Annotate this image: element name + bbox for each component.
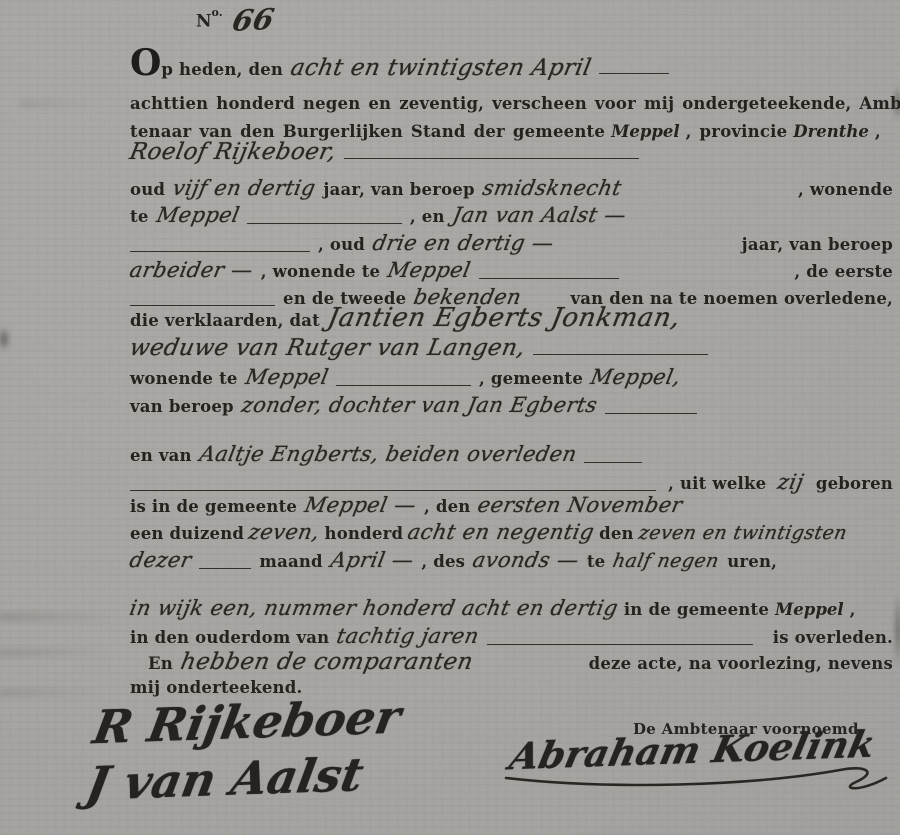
printed-text: , wonende [798,178,893,202]
handwritten-death-day: zeven en twintigsten [636,521,849,545]
printed-text: En [148,652,173,676]
blank-rule [584,462,642,463]
printed-text: , [850,598,856,622]
handwritten-time-of-day: avonds — [471,548,581,572]
printed-text: te [130,205,149,229]
printed-text: achttien honderd negen en zeventig, vers… [130,92,900,116]
handwritten-age-at-death: tachtig jaren [335,624,481,648]
handwritten-residence: Meppel [243,365,330,389]
handwritten-birthplace: Meppel — [303,493,419,517]
handwritten-occupation: arbeider — [128,258,255,282]
blank-rule [336,385,471,386]
handwritten-birthdate: eersten November [476,493,685,517]
bleedthrough-smudge [0,326,11,352]
bleedthrough-smudge [0,612,120,622]
printed-text: die verklaarden, dat [130,309,320,333]
record-number: No. 66 [196,10,273,32]
printed-text: een duizend [130,522,244,546]
line-deathmonth-time: dezer maand April — , des avonds — te ha… [130,548,893,574]
record-number-value: 66 [230,9,275,31]
handwritten-mother: Aaltje Engberts, beiden overleden [197,442,578,466]
printed-text: in de gemeente [624,598,769,622]
line-declarant2-age: , oud drie en dertig — jaar, van beroep [130,231,893,257]
printed-text: , des [421,550,465,574]
handwritten-hour: half negen [611,549,722,573]
printed-text: jaar, van beroep [323,178,474,202]
death-record-page: No. 66 Op heden, den acht en twintigsten… [0,0,900,835]
handwritten-year-part: acht en negentig [406,520,597,544]
bleedthrough-smudge [894,594,900,666]
handwritten-residence: Meppel [154,203,241,227]
printed-text: en van [130,444,192,468]
printed-text: , wonende te [261,260,381,284]
line-deceased-name: die verklaarden, dat Jantien Egberts Jon… [130,306,893,333]
handwritten-address: in wijk een, nummer honderd acht en dert… [128,596,621,620]
handwritten-spouse: weduwe van Rutger van Langen, [128,336,528,360]
printed-text: te [587,550,606,574]
witness-signature-1: R Rijkeboer [89,690,405,755]
official-signature: Abraham Koelink [506,722,880,779]
handwritten-entry-date: acht en twintigsten April [289,56,594,80]
line-deceased-occupation-father: van beroep zonder, dochter van Jan Egber… [130,393,893,419]
handwritten-pronoun: zij [776,470,806,494]
printed-text: den [599,522,634,546]
printed-text: is overleden. [773,626,893,650]
blank-rule [605,413,697,414]
blank-rule [533,354,708,355]
blank-rule [130,251,310,252]
line-birthplace-birthdate: is in de gemeente Meppel — , den eersten… [130,493,893,519]
blank-rule [199,568,251,569]
printed-text: , en [410,205,445,229]
line-declarant2-occupation-residence: arbeider — , wonende te Meppel , de eers… [130,258,893,284]
blank-rule [479,278,619,279]
handwritten-occupation: smidsknecht [480,176,623,200]
printed-text: , oud [318,233,365,257]
handwritten-declarant1-name: Roelof Rijkeboer, [128,140,339,164]
printed-text: oud [130,178,165,202]
printed-text: , gemeente [479,367,583,391]
handwritten-declarant2-name: Jan van Aalst — [450,203,628,227]
blank-rule [247,223,402,224]
printed-text: Op heden, den [130,53,283,82]
printed-text: , den [424,495,471,519]
witness-signature-2: J van Aalst [82,747,367,811]
blank-rule [599,73,669,74]
printed-text: is in de gemeente [130,495,297,519]
blank-rule [344,158,639,159]
blank-rule [130,490,656,491]
printed-text: in den ouderdom van [130,626,329,650]
printed-text: maand [259,550,322,574]
handwritten-age: drie en dertig — [371,231,556,255]
handwritten-death-month: April — [328,548,415,572]
printed-text: van beroep [130,395,234,419]
printed-text: , de eerste [794,260,893,284]
bleedthrough-smudge [0,688,100,697]
handwritten-municipality: Meppel, [589,365,683,389]
line-widow-of: weduwe van Rutger van Langen, [130,336,893,360]
line-date-opening: Op heden, den acht en twintigsten April [130,53,893,82]
handwritten-comparanten: hebben de comparanten [179,650,475,674]
blank-rule [487,644,753,645]
line-birthyear-deathday: een duizend zeven, honderd acht en negen… [130,520,893,546]
bleedthrough-smudge [20,100,100,108]
printed-text: uren, [727,550,777,574]
line-closing-1: En hebben de comparanten deze acte, na v… [130,650,893,676]
printed-text: deze acte, na voorlezing, nevens [589,652,893,676]
handwritten-year-part: zeven, [247,520,322,544]
line-year: achttien honderd negen en zeventig, vers… [130,92,893,116]
line-mother: en van Aaltje Engberts, beiden overleden [130,442,893,468]
line-declarant1-name: Roelof Rijkeboer, [130,140,893,164]
record-number-label: No. [196,10,223,32]
line-death-address: in wijk een, nummer honderd acht en dert… [130,596,893,622]
bleedthrough-smudge [0,648,110,657]
handwritten-residence: Meppel [386,258,473,282]
line-deceased-residence: wonende te Meppel , gemeente Meppel, [130,365,893,391]
handwritten-occupation-father: zonder, dochter van Jan Egberts [239,393,599,417]
line-age-at-death: in den ouderdom van tachtig jaren is ove… [130,624,893,650]
handwritten-dezer: dezer [128,548,194,572]
line-declarant1-age-occupation: oud vijf en dertig jaar, van beroep smid… [130,176,893,202]
handwritten-age: vijf en dertig [171,176,318,200]
handwritten-deceased-name: Jantien Egberts Jonkman, [326,306,683,330]
printed-text: wonende te [130,367,238,391]
printed-municipality: Meppel [775,598,844,622]
printed-text: honderd [325,522,404,546]
line-declarant1-residence: te Meppel , en Jan van Aalst — [130,203,893,229]
printed-text: jaar, van beroep [742,233,893,257]
drop-cap-O: O [130,53,161,73]
